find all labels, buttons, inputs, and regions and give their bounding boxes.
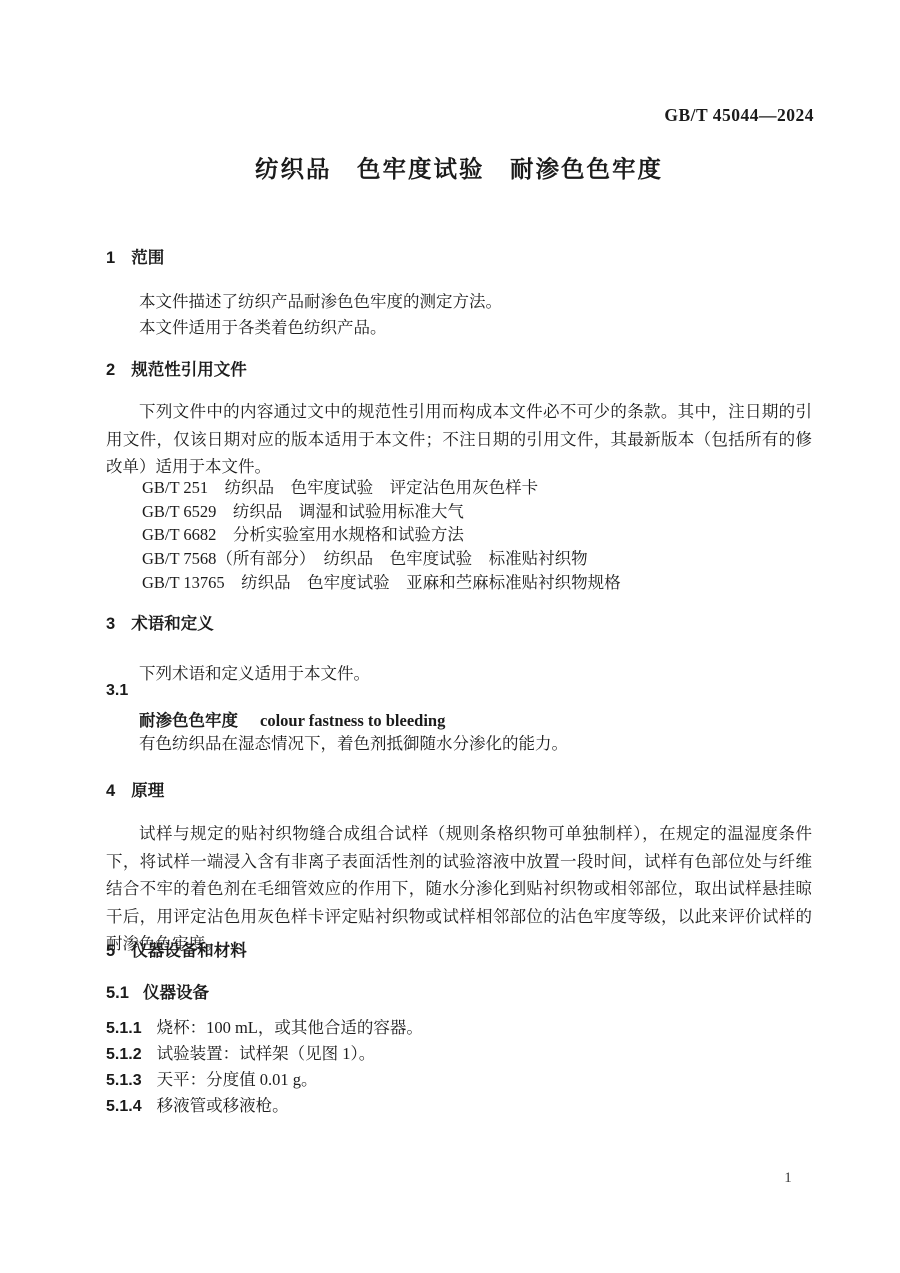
apparatus-item-text: 试验装置：试样架（见图 1）。 <box>157 1044 376 1063</box>
section-2-number: 2 <box>106 361 115 380</box>
page-number: 1 <box>776 1170 800 1187</box>
apparatus-item-text: 烧杯：100 mL，或其他合适的容器。 <box>157 1018 423 1037</box>
doc-title: 纺织品 色牢度试验 耐渗色色牢度 <box>106 150 812 184</box>
section-2-title: 规范性引用文件 <box>131 361 247 379</box>
term-entry: 耐渗色色牢度colour fastness to bleeding <box>139 707 445 731</box>
reference-list: GB/T 251 纺织品 色牢度试验 评定沾色用灰色样卡 GB/T 6529 纺… <box>142 476 621 595</box>
apparatus-item-number: 5.1.1 <box>106 1020 142 1038</box>
apparatus-item-text: 天平：分度值 0.01 g。 <box>157 1070 318 1089</box>
document-page: GB/T 45044—2024 纺织品 色牢度试验 耐渗色色牢度 1范围 本文件… <box>0 0 900 1273</box>
reference-item: GB/T 13765 纺织品 色牢度试验 亚麻和苎麻标准贴衬织物规格 <box>142 571 621 595</box>
apparatus-item: 5.1.1烧杯：100 mL，或其他合适的容器。 <box>106 1014 423 1038</box>
section-1-title: 范围 <box>131 249 164 267</box>
apparatus-item-number: 5.1.3 <box>106 1072 142 1090</box>
apparatus-item-text: 移液管或移液枪。 <box>157 1096 289 1115</box>
reference-item: GB/T 6682 分析实验室用水规格和试验方法 <box>142 523 621 547</box>
term-definition: 有色纺织品在湿态情况下，着色剂抵御随水分渗化的能力。 <box>139 730 568 754</box>
section-4-title: 原理 <box>131 782 164 800</box>
reference-item: GB/T 251 纺织品 色牢度试验 评定沾色用灰色样卡 <box>142 476 621 500</box>
reference-item: GB/T 6529 纺织品 调湿和试验用标准大气 <box>142 500 621 524</box>
section-1-heading: 1范围 <box>106 244 164 268</box>
section-1-number: 1 <box>106 249 115 268</box>
reference-item: GB/T 7568（所有部分） 纺织品 色牢度试验 标准贴衬织物 <box>142 547 621 571</box>
section-3-heading: 3术语和定义 <box>106 610 214 634</box>
scope-paragraph-1: 本文件描述了纺织产品耐渗色色牢度的测定方法。 <box>139 288 502 312</box>
apparatus-item: 5.1.2试验装置：试样架（见图 1）。 <box>106 1040 375 1064</box>
apparatus-item-number: 5.1.4 <box>106 1098 142 1116</box>
section-3-number: 3 <box>106 615 115 634</box>
section-5-heading: 5仪器设备和材料 <box>106 937 247 961</box>
section-4-number: 4 <box>106 782 115 801</box>
doc-number: GB/T 45044—2024 <box>664 105 814 126</box>
term-zh: 耐渗色色牢度 <box>139 711 238 730</box>
apparatus-item: 5.1.4移液管或移液枪。 <box>106 1092 289 1116</box>
term-number: 3.1 <box>106 682 128 700</box>
section-5-1-heading: 5.1仪器设备 <box>106 979 209 1003</box>
section-5-title: 仪器设备和材料 <box>131 942 247 960</box>
section-5-1-number: 5.1 <box>106 984 129 1003</box>
section-5-number: 5 <box>106 942 115 961</box>
apparatus-item: 5.1.3天平：分度值 0.01 g。 <box>106 1066 317 1090</box>
section-5-1-title: 仪器设备 <box>143 984 209 1002</box>
scope-paragraph-2: 本文件适用于各类着色纺织产品。 <box>139 314 387 338</box>
normative-references-intro: 下列文件中的内容通过文中的规范性引用而构成本文件必不可少的条款。其中，注日期的引… <box>106 398 812 481</box>
terms-intro: 下列术语和定义适用于本文件。 <box>139 660 370 684</box>
section-2-heading: 2规范性引用文件 <box>106 356 247 380</box>
section-4-heading: 4原理 <box>106 777 164 801</box>
apparatus-item-number: 5.1.2 <box>106 1046 142 1064</box>
section-3-title: 术语和定义 <box>131 615 214 633</box>
term-en: colour fastness to bleeding <box>260 711 445 730</box>
